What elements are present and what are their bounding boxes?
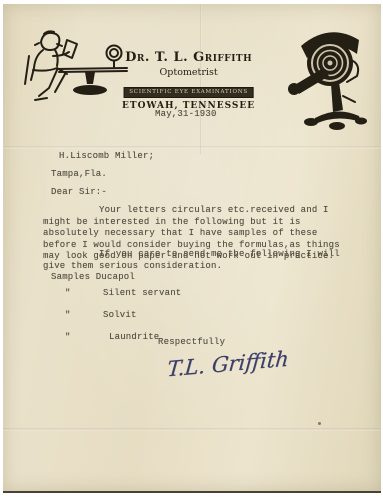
letter-paper: Dr. T. L. Griffith Optometrist SCIENTIFI…: [3, 4, 381, 493]
lower-fold-crease: [3, 428, 381, 431]
body-paragraph-2: If you care to send me the following I w…: [43, 249, 358, 272]
closing-respectfully: Respectfully: [158, 337, 225, 349]
samples-heading: Samples Ducapol: [51, 272, 135, 284]
salutation: Dear Sir:-: [51, 187, 107, 199]
scientific-eye-examinations-banner: SCIENTIFIC EYE EXAMINATIONS: [123, 87, 254, 98]
letter-date: May,31-1930: [155, 109, 217, 121]
instrument-icon: [285, 16, 373, 134]
ditto-mark: ": [65, 288, 103, 300]
ditto-mark: ": [65, 310, 103, 322]
instrument-illustration: [285, 16, 373, 134]
doctor-title: Optometrist: [104, 67, 274, 78]
sample-name: Laundrite: [109, 332, 159, 344]
sample-item: " Solvit: [65, 310, 181, 332]
paper-speck: [318, 422, 321, 425]
sample-item: " Silent servant: [65, 288, 181, 310]
upper-fold-crease: [3, 146, 381, 149]
recipient-city: Tampa,Fla.: [51, 169, 107, 181]
recipient-name: H.Liscomb Miller;: [59, 151, 154, 163]
letterhead: Dr. T. L. Griffith Optometrist SCIENTIFI…: [104, 50, 274, 111]
doctor-name: Dr. T. L. Griffith: [104, 50, 274, 65]
sample-name: Silent servant: [103, 288, 181, 300]
scanned-letter-photo: Dr. T. L. Griffith Optometrist SCIENTIFI…: [0, 0, 383, 500]
ditto-mark: ": [65, 332, 103, 344]
sample-name: Solvit: [103, 310, 137, 322]
